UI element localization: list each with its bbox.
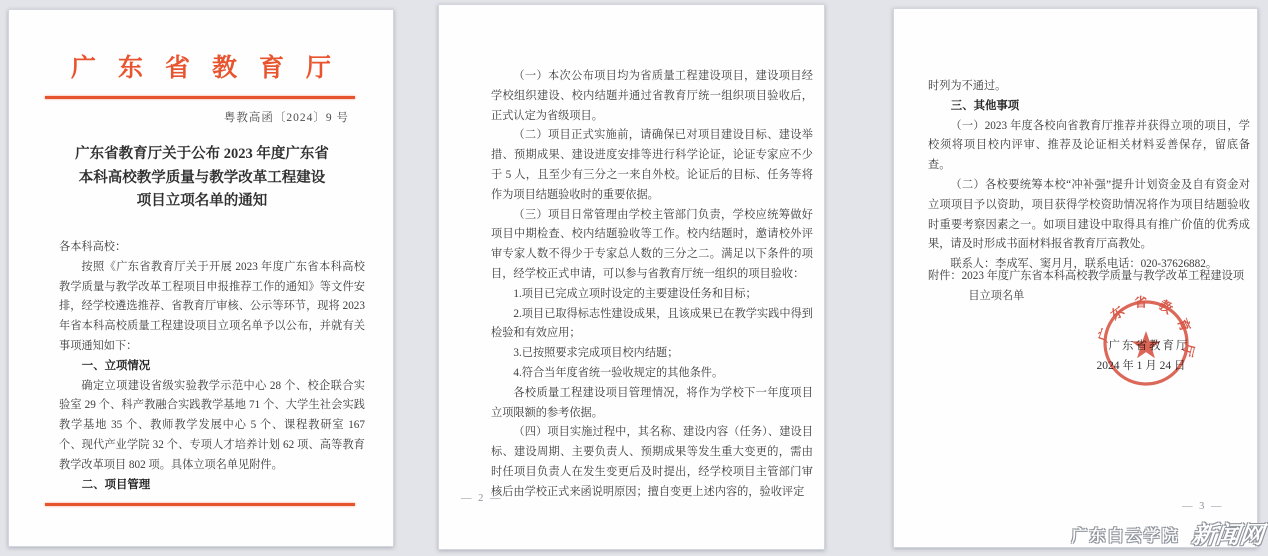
page-number-3: — 3 — bbox=[1182, 501, 1224, 512]
continuation-line: 时列为不通过。 bbox=[928, 77, 1250, 97]
section-3-heading: 三、其他事项 bbox=[928, 97, 1250, 117]
letterhead-divider-line bbox=[45, 96, 355, 99]
section-1-paragraph: 确定立项建设省级实验教学示范中心 28 个、校企联合实验室 29 个、科产教融合… bbox=[59, 377, 365, 476]
paragraph: 各校质量工程建设项目管理情况，将作为学校下一年度项目立项限额的参考依据。 bbox=[491, 384, 813, 424]
notice-title-line-3: 项目立项名单的通知 bbox=[49, 190, 355, 214]
page-2-body: （一）本次公布项目均为省质量工程建设项目，建设项目经学校组织建设、校内结题并通过… bbox=[491, 67, 813, 503]
attachment-reference: 附件：2023 年度广东省本科高校教学质量与教学改革工程建设项目立项名单 bbox=[928, 267, 1250, 307]
paragraph: （一）本次公布项目均为省质量工程建设项目，建设项目经学校组织建设、校内结题并通过… bbox=[491, 67, 813, 126]
watermark-section-name: 新闻网 bbox=[1190, 515, 1266, 550]
document-page-3: 时列为不通过。 三、其他事项 （一）2023 年度各校向省教育厅推荐并获得立项的… bbox=[893, 8, 1258, 548]
document-number: 粤教高函〔2024〕9 号 bbox=[9, 109, 349, 125]
page-1-body: 各本科高校： 按照《广东省教育厅关于开展 2023 年度广东省本科高校教学质量与… bbox=[59, 238, 365, 495]
list-item: 1.项目已完成立项时设定的主要建设任务和目标； bbox=[491, 285, 813, 305]
paragraph: （三）项目日常管理由学校主管部门负责，学校应统筹做好项目中期检查、校内结题验收等… bbox=[491, 206, 813, 285]
notice-title-line-1: 广东省教育厅关于公布 2023 年度广东省 bbox=[49, 143, 355, 167]
document-page-1: 广东省教育厅 粤教高函〔2024〕9 号 广东省教育厅关于公布 2023 年度广… bbox=[8, 9, 394, 547]
site-watermark: 广东白云学院 新闻网 bbox=[1072, 515, 1264, 550]
paragraph: （二）各校要统筹本校“冲补强”提升计划资金及自有资金对立项项目予以资助，项目获得… bbox=[928, 176, 1250, 255]
notice-title-line-2: 本科高校教学质量与教学改革工程建设 bbox=[49, 167, 355, 191]
list-item: 4.符合当年度省统一验收规定的其他条件。 bbox=[491, 364, 813, 384]
salutation: 各本科高校： bbox=[59, 238, 365, 258]
agency-letterhead: 广东省教育厅 bbox=[9, 48, 393, 84]
document-page-2: （一）本次公布项目均为省质量工程建设项目，建设项目经学校组织建设、校内结题并通过… bbox=[438, 4, 825, 550]
paragraph: （一）2023 年度各校向省教育厅推荐并获得立项的项目，学校须将项目校内评审、推… bbox=[928, 117, 1250, 176]
page-footer-line bbox=[45, 503, 355, 506]
seal-star-icon bbox=[1132, 331, 1161, 358]
list-item: 3.已按照要求完成项目校内结题； bbox=[491, 344, 813, 364]
intro-paragraph: 按照《广东省教育厅关于开展 2023 年度广东省本科高校教学质量与教学改革工程项… bbox=[59, 258, 365, 357]
section-2-heading: 二、项目管理 bbox=[59, 476, 365, 496]
section-1-heading: 一、立项情况 bbox=[59, 357, 365, 377]
paragraph: （二）项目正式实施前，请确保已对项目建设目标、建设举措、预期成果、建设进度安排等… bbox=[491, 126, 813, 205]
page-number-2: — 2 — bbox=[461, 493, 503, 504]
page-3-body: 时列为不通过。 三、其他事项 （一）2023 年度各校向省教育厅推荐并获得立项的… bbox=[928, 77, 1250, 275]
official-seal-stamp-icon: 广东省教育厅 bbox=[1096, 293, 1196, 393]
watermark-site-name: 广东白云学院 bbox=[1072, 528, 1180, 545]
notice-title: 广东省教育厅关于公布 2023 年度广东省 本科高校教学质量与教学改革工程建设 … bbox=[49, 143, 355, 214]
list-item: 2.项目已取得标志性建设成果，且该成果已在教学实践中得到检验和有效应用； bbox=[491, 305, 813, 345]
paragraph: （四）项目实施过程中，其名称、建设内容（任务）、建设目标、建设周期、主要负责人、… bbox=[491, 423, 813, 502]
